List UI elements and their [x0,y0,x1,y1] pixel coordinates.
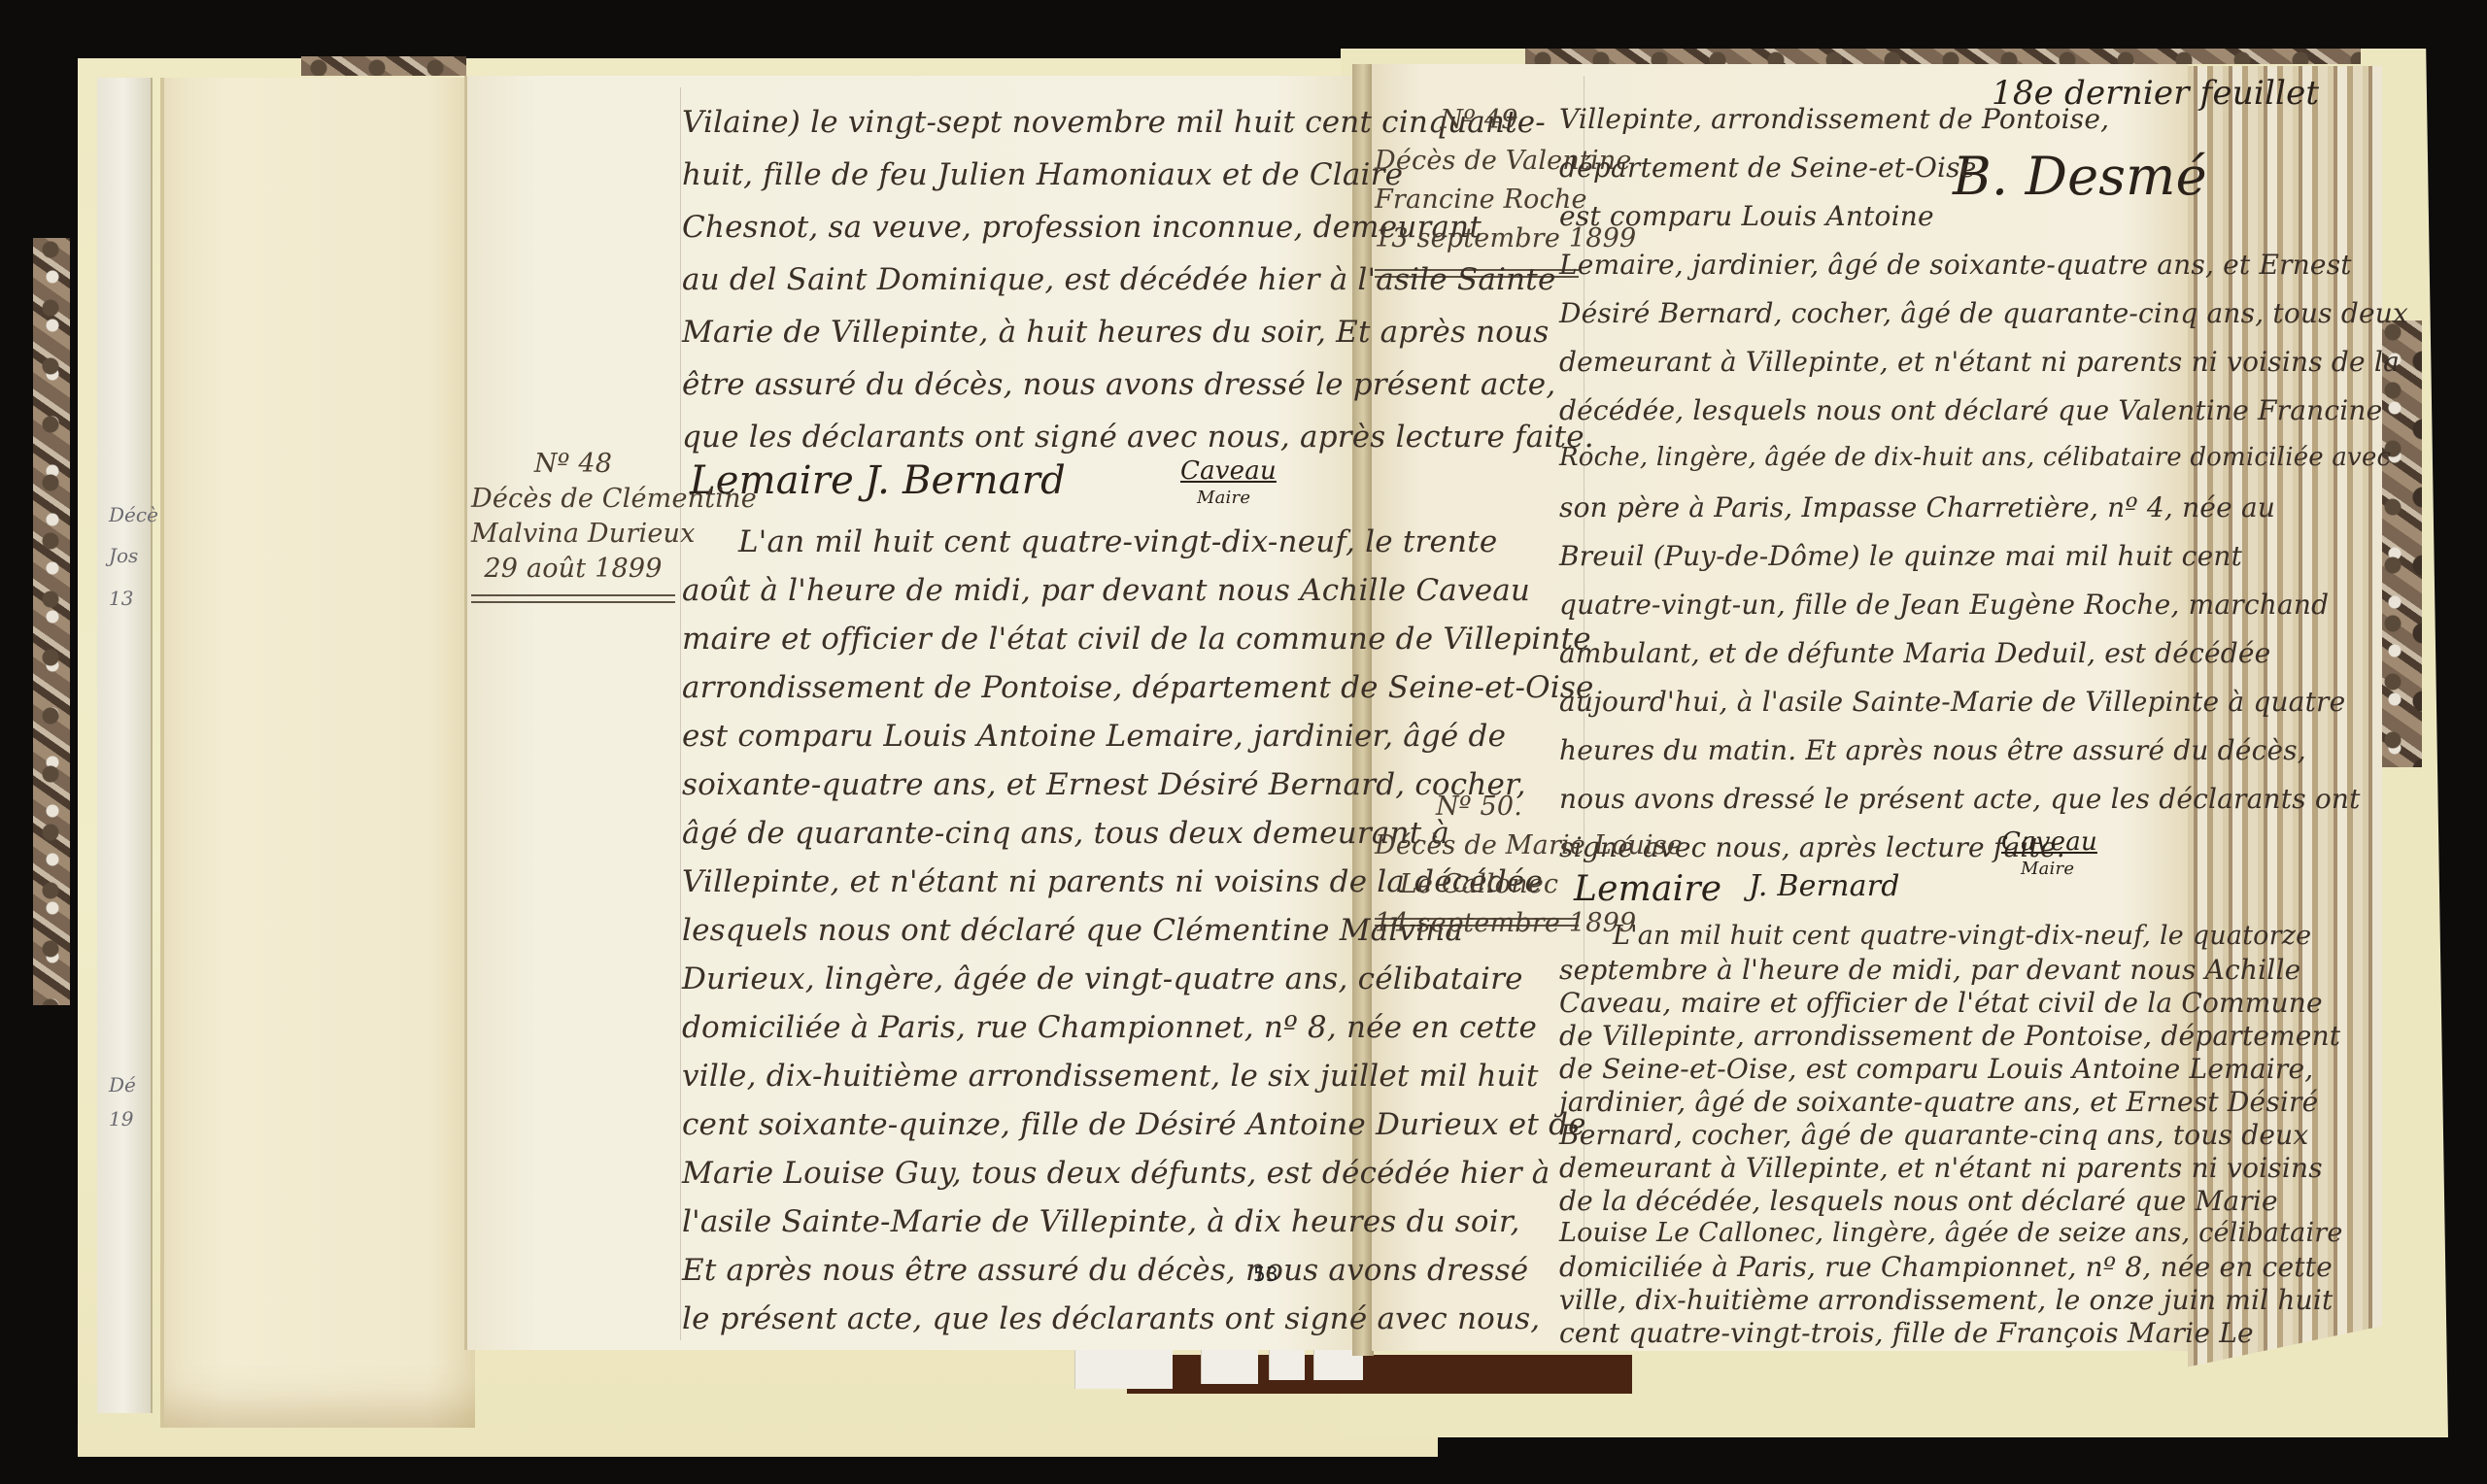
text-line: lesquels nous ont déclaré que Clémentine… [682,913,1463,948]
entry-title: Décès de Marie Louise [1375,830,1584,860]
text-line: Roche, lingère, âgée de dix-huit ans, cé… [1559,443,2391,472]
entry-date: 29 août 1899 [471,554,675,584]
text-line: le présent acte, que les déclarants ont … [682,1301,1540,1336]
signature-bernard: J. Bernard [865,458,1066,503]
text-line: ville, dix-huitième arrondissement, le s… [682,1059,1539,1094]
marbled-cover-left [33,238,70,1005]
text-line: Breuil (Puy-de-Dôme) le quinze mai mil h… [1559,540,2242,572]
text-line: cent soixante-quinze, fille de Désiré An… [682,1107,1586,1142]
text-line: L'an mil huit cent quatre-vingt-dix-neuf… [738,524,1497,559]
signature-lemaire: Lemaire [1574,869,1721,909]
prev-fragment: Décè [109,503,158,526]
text-line: demeurant à Villepinte, et n'étant ni pa… [1559,1152,2323,1184]
blank-flyleaf [160,78,475,1428]
text-line: Louise Le Callonec, lingère, âgée de sei… [1559,1218,2343,1248]
text-line: Désiré Bernard, cocher, âgé de quarante-… [1559,297,2408,329]
text-line: Lemaire, jardinier, âgé de soixante-quat… [1559,249,2352,281]
mayor-title: Maire [1197,488,1250,508]
bottom-tab [1201,1345,1258,1384]
initials-signature: B. Desmé [1953,146,2207,207]
text-line: au del Saint Dominique, est décédée hier… [682,262,1556,297]
text-line: Villepinte, arrondissement de Pontoise, [1559,103,2109,135]
text-line: département de Seine-et-Oise [1559,152,1977,184]
entry-name: Le Callonec [1375,869,1584,899]
signature-bernard: J. Bernard [1749,869,1900,903]
prev-fragment: Jos [109,544,138,567]
text-line: de Seine-et-Oise, est comparu Louis Anto… [1559,1053,2313,1085]
text-line: que les déclarants ont signé avec nous, … [682,420,1594,455]
text-line: quatre-vingt-un, fille de Jean Eugène Ro… [1559,589,2329,621]
text-line: l'asile Sainte-Marie de Villepinte, à di… [682,1204,1520,1239]
entry-title: Décès de Valentine [1375,146,1584,176]
text-line: être assuré du décès, nous avons dressé … [682,367,1555,402]
text-line: son père à Paris, Impasse Charretière, n… [1559,491,2275,523]
text-line: Et après nous être assuré du décès, nous… [682,1253,1528,1288]
signature-mayor: Caveau [1180,456,1277,486]
text-line: est comparu Louis Antoine [1559,200,1934,232]
text-line: L'an mil huit cent quatre-vingt-dix-neuf… [1613,921,2311,951]
text-line: août à l'heure de midi, par devant nous … [682,573,1530,608]
prev-fragment: 13 [109,587,133,610]
text-line: ambulant, et de défunte Maria Deduil, es… [1559,637,2270,669]
text-line: âgé de quarante-cinq ans, tous deux deme… [682,816,1449,851]
page-number: 53 [1253,1263,1278,1286]
margin-rule-left [680,87,681,1340]
text-line: est comparu Louis Antoine Lemaire, jardi… [682,719,1506,754]
marbled-cover-right [2375,320,2422,767]
text-line: jardinier, âgé de soixante-quatre ans, e… [1559,1086,2318,1118]
text-line: Marie de Villepinte, à huit heures du so… [682,315,1549,350]
entry-date: 14 septembre 1899 [1375,908,1584,938]
text-line: domiciliée à Paris, rue Championnet, nº … [1559,1251,2333,1283]
previous-page-strip [97,78,153,1413]
text-line: domiciliée à Paris, rue Championnet, nº … [682,1010,1537,1045]
text-line: cent quatre-vingt-trois, fille de Franço… [1559,1317,2254,1349]
text-line: de la décédée, lesquels nous ont déclaré… [1559,1185,2278,1217]
text-line: ville, dix-huitième arrondissement, le o… [1559,1284,2333,1316]
bottom-tab [1269,1345,1305,1380]
bottom-tab [1074,1345,1173,1389]
entry-number: Nº 48 [471,449,675,479]
text-line: huit, fille de feu Julien Hamoniaux et d… [682,157,1403,192]
text-line: nous avons dressé le présent acte, que l… [1559,783,2361,815]
text-line: heures du matin. Et après nous être assu… [1559,734,2306,766]
prev-fragment: 19 [109,1107,133,1130]
text-line: Chesnot, sa veuve, profession inconnue, … [682,210,1482,245]
marbled-cover-top [301,56,466,76]
entry-date: 13 septembre 1899 [1375,223,1584,253]
text-line: Bernard, cocher, âgé de quarante-cinq an… [1559,1119,2308,1151]
mayor-title: Maire [2021,859,2074,879]
text-line: Marie Louise Guy, tous deux défunts, est… [682,1156,1550,1191]
text-line: arrondissement de Pontoise, département … [682,670,1594,705]
entry-name: Malvina Durieux [471,519,675,549]
entry-separator [471,594,675,603]
text-line: Durieux, lingère, âgée de vingt-quatre a… [682,961,1523,996]
marbled-cover-topright [1525,49,2361,64]
text-line: septembre à l'heure de midi, par devant … [1559,954,2300,986]
entry-number: Nº 50. [1375,792,1584,822]
entry-title: Décès de Clémentine [471,484,675,514]
text-line: aujourd'hui, à l'asile Sainte-Marie de V… [1559,686,2345,718]
text-line: décédée, lesquels nous ont déclaré que V… [1559,394,2382,426]
entry-name: Francine Roche [1375,185,1584,215]
text-line: demeurant à Villepinte, et n'étant ni pa… [1559,346,2400,378]
text-line: maire et officier de l'état civil de la … [682,622,1591,657]
text-line: de Villepinte, arrondissement de Pontois… [1559,1020,2340,1052]
text-line: Caveau, maire et officier de l'état civi… [1559,987,2323,1019]
prev-fragment: Dé [109,1073,136,1096]
entry-number: Nº 49 [1375,105,1584,135]
signature-mayor: Caveau [2001,827,2097,857]
